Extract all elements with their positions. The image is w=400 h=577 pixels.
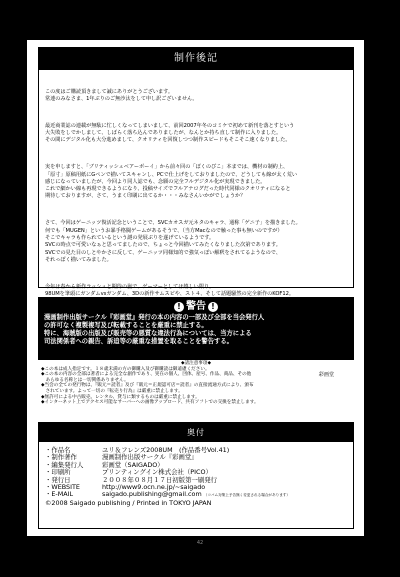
exclamation-circle-icon: ! — [208, 302, 218, 312]
warning-box: !警告! 漫画制作出版サークル『彩画堂』発行の本の内容の一部及び全部を当会発行人… — [38, 297, 354, 360]
colophon-box: 奥付 ・作品名 ユリ＆フレンズ2008UM (作品番号Vol.41) ・制作著作… — [38, 422, 354, 529]
afterword-paragraph: 実を申しますと、「ブリティッシュベアーボーイ」から前々回の「ぼくのぴこ」本までは… — [45, 164, 348, 200]
warning-title: 警告 — [186, 301, 206, 312]
note-item: ◆この本の内容の全部は著者による完全な創作であり、実在の個人、団体、屋号、作品、… — [41, 372, 351, 383]
note-item: ◆インターネット上でアクセス可能なサーバーへの画像アップロード、共有ソフトでの交… — [41, 400, 351, 406]
notes-section: ◆諸注意事項◆ ◆この本は成人指定です。１８歳未満の方の御購入及び御購読は御遠慮… — [41, 361, 351, 406]
exclamation-circle-icon: ! — [174, 302, 184, 312]
colophon-body: ・作品名 ユリ＆フレンズ2008UM (作品番号Vol.41) ・制作著作 漫画… — [39, 442, 353, 507]
colophon-row: ・制作著作 漫画制作出版サークル『彩画堂』 — [45, 454, 347, 461]
afterword-title: 制作後記 — [39, 48, 353, 70]
email-note: （コバム対策上予告無く変更される場合があります） — [204, 493, 290, 497]
afterword-paragraph: 最近商業誌の連載が無駄に忙しくなってしまいまして、前回2007年冬のコミケで初め… — [45, 123, 348, 145]
warning-text: 漫画制作出版サークル『彩画堂』発行の本の内容の一部及び全部を当会発行人 の許可な… — [38, 314, 354, 346]
afterword-box: 制作後記 この度はご購読頂きまして誠にありがとうございます。 常連のみなさま、1… — [38, 47, 354, 288]
email-link[interactable]: saigado.publishing@gmail.com — [102, 490, 202, 498]
copyright: ©2008 Saigado publishing / Printed in TO… — [45, 500, 347, 507]
afterword-paragraph: さて、今回はゲーニッツ復活記念ということで、SVCカオスガ元ネタのキャラ、通称「… — [45, 220, 348, 264]
note-item: ◆当会の全ての発行物は、『販元＝読者』及び『販元＝正規認可店＝読者』の直接流通方… — [41, 383, 351, 394]
page-number: 42 — [0, 540, 400, 546]
book-page: 制作後記 この度はご購読頂きまして誠にありがとうございます。 常連のみなさま、1… — [27, 40, 364, 536]
afterword-paragraph: この度はご購読頂きまして誠にありがとうございます。 常連のみなさま、1年ぶりのご… — [45, 89, 348, 104]
warning-heading: !警告! — [38, 299, 354, 314]
colophon-title: 奥付 — [39, 423, 353, 442]
